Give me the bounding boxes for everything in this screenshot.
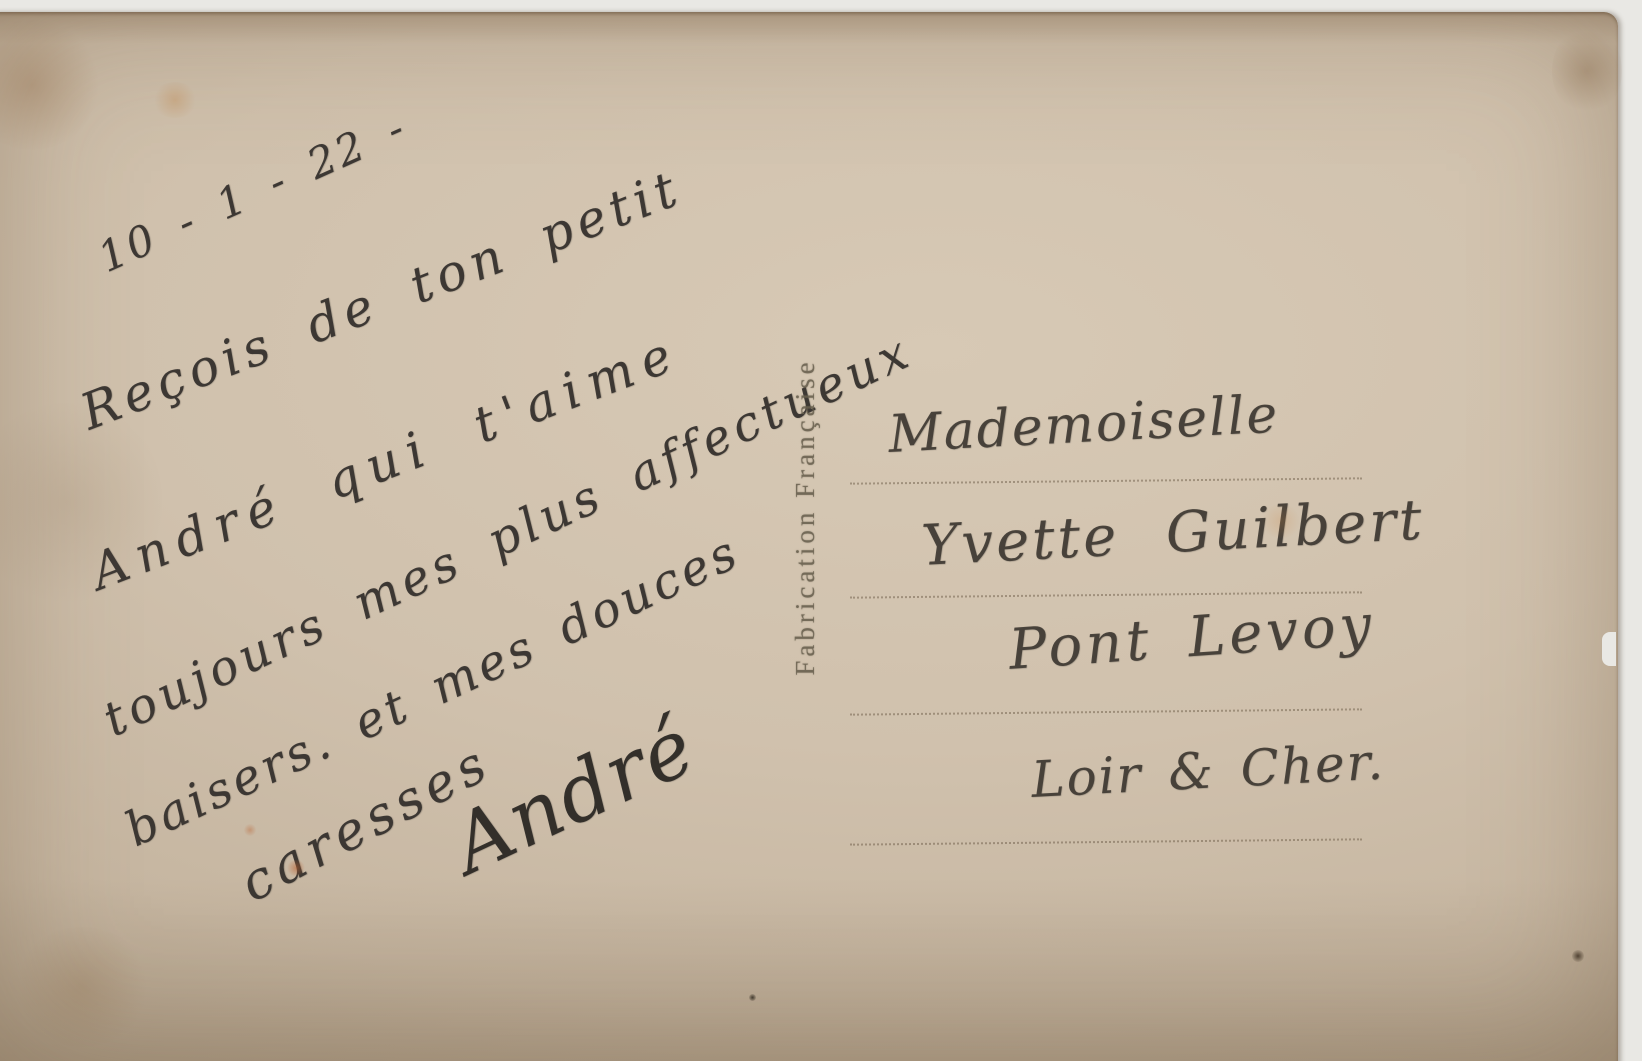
paper-stain [0,20,102,150]
address-line-town: Pont Levoy [1007,596,1377,680]
paper-stain [152,82,198,118]
paper-stain [244,824,256,836]
paper-stain [1572,950,1584,962]
paper-stain [12,927,152,1047]
scanned-postcard-back: { "postcard": { "date": "10 - 1 - 22 -",… [0,0,1642,1061]
sender-signature: André [440,704,708,888]
handwritten-date: 10 - 1 - 22 - [92,105,413,280]
address-line-recipient-title: Mademoiselle [887,388,1280,463]
address-ruled-line [850,477,1362,484]
edge-chip [1602,632,1616,666]
address-ruled-line [850,838,1362,845]
postcard-paper: 10 - 1 - 22 - Reçois de ton petit André … [0,12,1618,1061]
address-ruled-line [850,708,1362,715]
fabrication-francaise-stamp: Fabrication Française [790,307,824,727]
paper-stain [1552,26,1622,116]
address-line-department: Loir & Cher. [1030,735,1386,806]
paper-stain [749,994,756,1001]
address-line-recipient-name: Yvette Guilbert [920,492,1426,577]
